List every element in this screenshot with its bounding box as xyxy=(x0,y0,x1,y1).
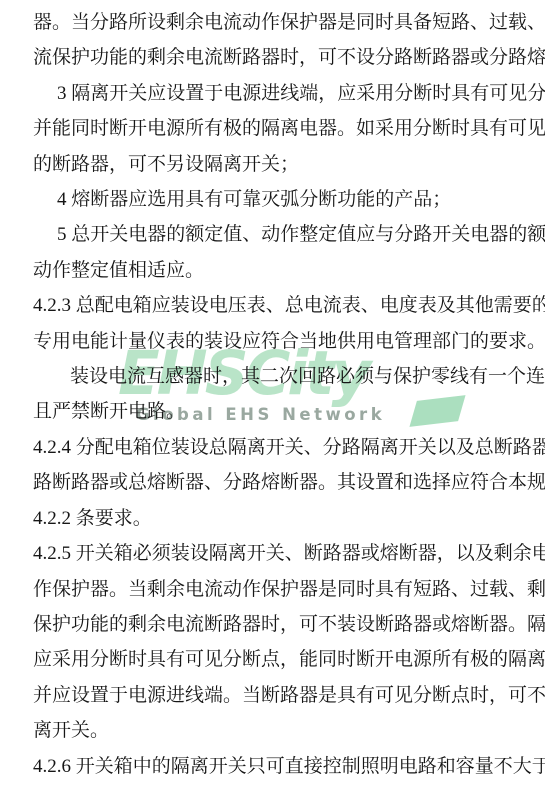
document-line: 3 隔离开关应设置于电源进线端，应采用分断时具有可见分断点， xyxy=(33,76,517,111)
document-line: 4 熔断器应选用具有可靠灭弧分断功能的产品； xyxy=(33,182,517,217)
document-line: 4.2.4 分配电箱位装设总隔离开关、分路隔离开关以及总断路器、分 xyxy=(33,430,517,465)
document-line: 5 总开关电器的额定值、动作整定值应与分路开关电器的额定值、 xyxy=(33,217,517,252)
document-line: 离开关。 xyxy=(33,713,517,748)
document-line: 专用电能计量仪表的装设应符合当地供用电管理部门的要求。 xyxy=(33,324,517,359)
document-line: 4.2.6 开关箱中的隔离开关只可直接控制照明电路和容量不大于 xyxy=(33,749,517,784)
document-line: 4.2.3 总配电箱应装设电压表、总电流表、电度表及其他需要的仪表。 xyxy=(33,288,517,323)
document-text: 器。当分路所设剩余电流动作保护器是同时具备短路、过载、剩余电 流保护功能的剩余电… xyxy=(0,0,545,784)
document-line: 保护功能的剩余电流断路器时，可不装设断路器或熔断器。隔离开关 xyxy=(33,607,517,642)
document-page: EHSCity Global EHS Network 器。当分路所设剩余电流动作… xyxy=(0,0,545,786)
document-line: 4.2.2 条要求。 xyxy=(33,501,517,536)
document-line: 应采用分断时具有可见分断点，能同时断开电源所有极的隔离电器， xyxy=(33,642,517,677)
document-line: 4.2.5 开关箱必须装设隔离开关、断路器或熔断器，以及剩余电流动 xyxy=(33,536,517,571)
document-line: 流保护功能的剩余电流断路器时，可不设分路断路器或分路熔断器； xyxy=(33,40,517,75)
document-line: 且严禁断开电路。 xyxy=(33,394,517,429)
document-line: 动作整定值相适应。 xyxy=(33,253,517,288)
document-line: 并应设置于电源进线端。当断路器是具有可见分断点时，可不另设隔 xyxy=(33,678,517,713)
document-line: 作保护器。当剩余电流动作保护器是同时具有短路、过载、剩余电流 xyxy=(33,572,517,607)
document-line: 并能同时断开电源所有极的隔离电器。如采用分断时具有可见分断点 xyxy=(33,111,517,146)
document-line: 装设电流互感器时，其二次回路必须与保护零线有一个连接点， xyxy=(33,359,517,394)
document-line: 的断路器，可不另设隔离开关； xyxy=(33,147,517,182)
document-line: 路断路器或总熔断器、分路熔断器。其设置和选择应符合本规范第 xyxy=(33,465,517,500)
document-line: 器。当分路所设剩余电流动作保护器是同时具备短路、过载、剩余电 xyxy=(33,5,517,40)
